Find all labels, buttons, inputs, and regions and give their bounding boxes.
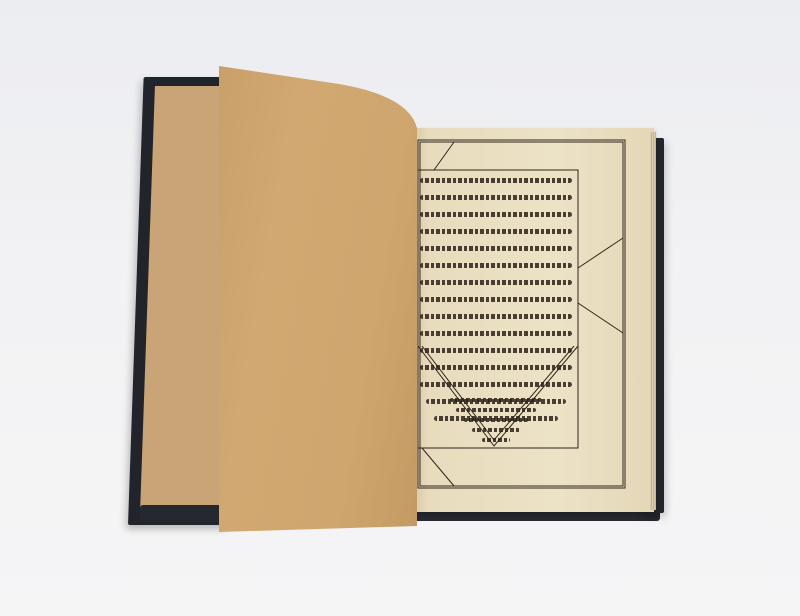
script-line: [420, 263, 572, 268]
colophon: [450, 398, 542, 448]
colophon-line: [450, 398, 542, 402]
script-line: [420, 280, 572, 285]
script-line: [420, 331, 572, 336]
script-line: [420, 246, 572, 251]
script-line: [420, 348, 572, 353]
script-line: [420, 314, 572, 319]
turning-flyleaf: [219, 66, 417, 532]
script-line: [420, 178, 572, 183]
script-line: [420, 212, 572, 217]
script-line: [420, 365, 572, 370]
colophon-line: [482, 438, 510, 442]
colophon-line: [456, 408, 536, 412]
script-line: [420, 382, 572, 387]
script-line: [420, 229, 572, 234]
script-line: [420, 195, 572, 200]
colophon-line: [472, 428, 520, 432]
colophon-line: [464, 418, 528, 422]
script-line: [420, 297, 572, 302]
